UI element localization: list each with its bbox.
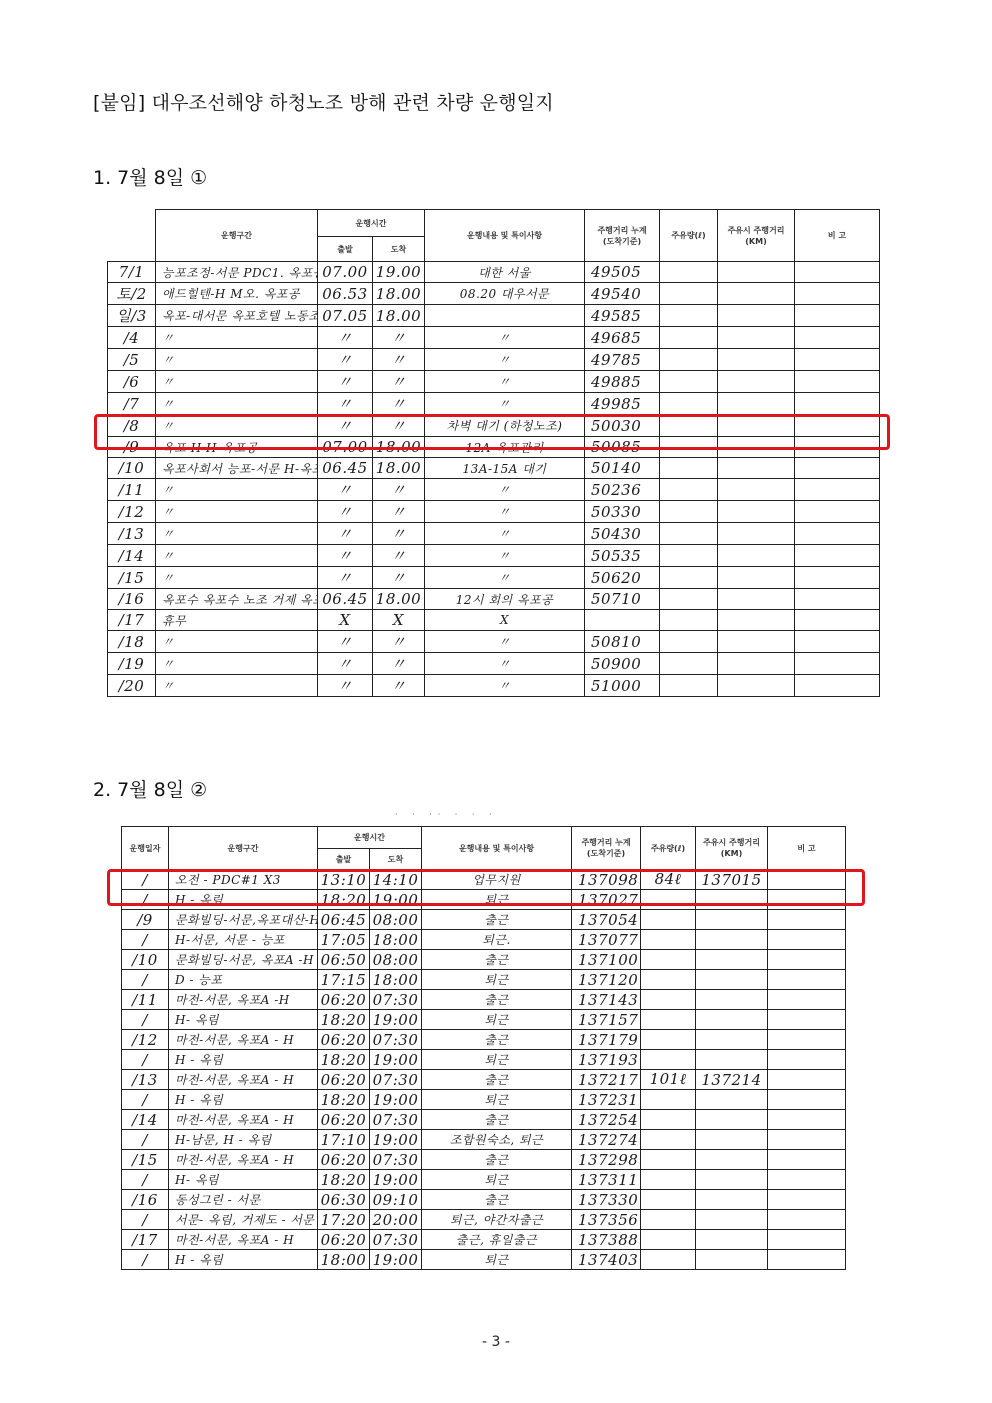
- details-cell: X: [425, 610, 585, 631]
- route-cell: 서문- 옥림, 거제도 - 서문: [169, 1210, 318, 1230]
- arrive-cell: 14:10: [370, 870, 422, 890]
- date-cell: /13: [108, 523, 156, 545]
- fuel-odometer-cell: [696, 1230, 768, 1250]
- table-row: /11 마전-서문, 옥포A -H 06:20 07:30 출근 137143: [122, 990, 846, 1010]
- odometer-cell: 50085: [585, 437, 660, 458]
- details-cell: 출근: [422, 1030, 572, 1050]
- table-row: /15 〃 〃 〃 〃 50620: [108, 567, 880, 589]
- details-cell: 〃: [425, 393, 585, 415]
- fuel-odometer-cell: [718, 631, 795, 653]
- date-cell: /: [122, 930, 169, 950]
- arrive-cell: 19:00: [370, 1170, 422, 1190]
- depart-cell: 18:20: [318, 1050, 370, 1070]
- date-cell: /6: [108, 371, 156, 393]
- date-cell: /: [122, 1010, 169, 1030]
- fuel-cell: [660, 631, 718, 653]
- table-row: /10 옥포사회서 능포-서문 H-옥포공 06.45 18.00 13A-15…: [108, 458, 880, 479]
- table-row: / H-서문, 서문 - 능포 17:05 18:00 퇴근. 137077: [122, 930, 846, 950]
- odometer-cell: 50140: [585, 458, 660, 479]
- depart-cell: 〃: [318, 631, 373, 653]
- fuel-cell: [660, 327, 718, 349]
- date-cell: /9: [122, 910, 169, 930]
- remarks-cell: [795, 349, 880, 371]
- fuel-odometer-cell: [696, 970, 768, 990]
- remarks-header: 비 고: [768, 827, 846, 870]
- fuel-odometer-cell: [718, 458, 795, 479]
- route-cell: 〃: [156, 327, 318, 349]
- fuel-cell: [660, 589, 718, 610]
- details-cell: 출근: [422, 1110, 572, 1130]
- arrive-cell: 〃: [373, 393, 425, 415]
- odometer-cell: 137217: [572, 1070, 641, 1090]
- fuel-odometer-cell: [718, 437, 795, 458]
- table-row-highlighted: /8 〃 〃 〃 차벽 대기 (하청노조) 50030: [108, 415, 880, 437]
- fuel-cell: [660, 458, 718, 479]
- date-cell: /15: [108, 567, 156, 589]
- fuel-cell: [641, 1150, 696, 1170]
- route-header: 운행구간: [169, 827, 318, 870]
- arrive-cell: 18:00: [370, 930, 422, 950]
- table-row: /16 동성그린 - 서문 06:30 09:10 출근 137330: [122, 1190, 846, 1210]
- date-cell: /4: [108, 327, 156, 349]
- route-cell: 〃: [156, 415, 318, 437]
- arrive-header: 도착: [370, 849, 422, 870]
- arrive-header: 도착: [373, 237, 425, 262]
- route-cell: 마전-서문, 옥포A - H: [169, 1030, 318, 1050]
- details-cell: 대한 서울: [425, 262, 585, 283]
- arrive-cell: 07:30: [370, 990, 422, 1010]
- odometer-cell: 137120: [572, 970, 641, 990]
- date-cell: /10: [122, 950, 169, 970]
- depart-cell: 〃: [318, 479, 373, 501]
- odometer-cell: 137254: [572, 1110, 641, 1130]
- date-cell: /5: [108, 349, 156, 371]
- table-row: /5 〃 〃 〃 〃 49785: [108, 349, 880, 371]
- arrive-cell: 〃: [373, 327, 425, 349]
- remarks-cell: [795, 371, 880, 393]
- table-row: /16 옥포수 옥포수 노조 거제 옥포공 06.45 18.00 12시 회의…: [108, 589, 880, 610]
- fuel-odometer-cell: [718, 653, 795, 675]
- details-cell: 출근: [422, 1190, 572, 1210]
- date-cell: /10: [108, 458, 156, 479]
- odometer-cell: 49585: [585, 305, 660, 327]
- details-header: 운행내용 및 특이사항: [425, 210, 585, 262]
- depart-cell: X: [318, 610, 373, 631]
- fuel-cell: [660, 523, 718, 545]
- table-row-highlighted: / 오전 - PDC#1 X3 13:10 14:10 업무지원 137098 …: [122, 870, 846, 890]
- arrive-cell: 〃: [373, 631, 425, 653]
- remarks-cell: [795, 305, 880, 327]
- odometer-cell: 137298: [572, 1150, 641, 1170]
- route-cell: 옥포-대서문 옥포호텔 노동조합: [156, 305, 318, 327]
- arrive-cell: 18.00: [373, 305, 425, 327]
- fuel-odometer-cell: [696, 1170, 768, 1190]
- table-row: / H - 옥림 18:20 19:00 퇴근 137193: [122, 1050, 846, 1070]
- depart-cell: 〃: [318, 371, 373, 393]
- date-cell: 7/1: [108, 262, 156, 283]
- odometer-cell: 49540: [585, 283, 660, 305]
- depart-cell: 06:20: [318, 990, 370, 1010]
- fuel-odometer-cell: [696, 1150, 768, 1170]
- table-row: /14 마전-서문, 옥포A - H 06:20 07:30 출근 137254: [122, 1110, 846, 1130]
- date-header: 운행일자: [122, 827, 169, 870]
- depart-cell: 06:50: [318, 950, 370, 970]
- depart-cell: 06.45: [318, 458, 373, 479]
- remarks-cell: [795, 589, 880, 610]
- odometer-cell: 137356: [572, 1210, 641, 1230]
- route-cell: 〃: [156, 523, 318, 545]
- fuel-cell: [660, 262, 718, 283]
- details-cell: 퇴근: [422, 1090, 572, 1110]
- table-row: /9 옥포-H H-옥포공 07.00 18.00 12A 옥포관리 50085: [108, 437, 880, 458]
- fuel-cell: [641, 1090, 696, 1110]
- fuel-header: 주유량(ℓ): [660, 210, 718, 262]
- odometer-cell: 137098: [572, 870, 641, 890]
- details-cell: 차벽 대기 (하청노조): [425, 415, 585, 437]
- remarks-cell: [768, 1170, 846, 1190]
- fuel-cell: [641, 1230, 696, 1250]
- details-cell: 퇴근: [422, 1250, 572, 1270]
- details-cell: 퇴근: [422, 1010, 572, 1030]
- fuel-odometer-cell: [696, 990, 768, 1010]
- fuel-cell: [660, 349, 718, 371]
- route-cell: 마전-서문, 옥포A - H: [169, 1110, 318, 1130]
- details-cell: 12A 옥포관리: [425, 437, 585, 458]
- arrive-cell: 19:00: [370, 1090, 422, 1110]
- date-header: [108, 210, 156, 262]
- table-2-body: / 오전 - PDC#1 X3 13:10 14:10 업무지원 137098 …: [122, 870, 846, 1270]
- depart-cell: 〃: [318, 415, 373, 437]
- route-cell: 마전-서문, 옥포A -H: [169, 990, 318, 1010]
- table-row: /13 마전-서문, 옥포A - H 06:20 07:30 출근 137217…: [122, 1070, 846, 1090]
- table-row: /12 마전-서문, 옥포A - H 06:20 07:30 출근 137179: [122, 1030, 846, 1050]
- date-cell: /11: [108, 479, 156, 501]
- depart-header: 출발: [318, 849, 370, 870]
- fuel-odometer-cell: [696, 890, 768, 910]
- arrive-cell: 07:30: [370, 1150, 422, 1170]
- remarks-cell: [795, 523, 880, 545]
- remarks-cell: [795, 415, 880, 437]
- remarks-cell: [795, 437, 880, 458]
- fuel-cell: [660, 653, 718, 675]
- fuel-odometer-cell: [696, 930, 768, 950]
- fuel-odometer-cell: [718, 415, 795, 437]
- depart-cell: 17:15: [318, 970, 370, 990]
- fuel-cell: [660, 393, 718, 415]
- vehicle-log-table-1: 운행구간 운행시간 운행내용 및 특이사항 주행거리 누계 (도착기준) 주유량…: [107, 209, 880, 697]
- odometer-header: 주행거리 누계 (도착기준): [585, 210, 660, 262]
- fuel-cell: [641, 910, 696, 930]
- depart-cell: 17:05: [318, 930, 370, 950]
- depart-cell: 18:00: [318, 1250, 370, 1270]
- remarks-cell: [768, 1250, 846, 1270]
- arrive-cell: 〃: [373, 371, 425, 393]
- depart-cell: 〃: [318, 653, 373, 675]
- remarks-cell: [768, 1150, 846, 1170]
- date-cell: /13: [122, 1070, 169, 1090]
- date-cell: /12: [122, 1030, 169, 1050]
- remarks-cell: [768, 1050, 846, 1070]
- arrive-cell: 19:00: [370, 1010, 422, 1030]
- remarks-cell: [795, 327, 880, 349]
- table-row: / H - 옥림 18:00 19:00 퇴근 137403: [122, 1250, 846, 1270]
- remarks-cell: [768, 930, 846, 950]
- table-row: 일/3 옥포-대서문 옥포호텔 노동조합 07.05 18.00 49585: [108, 305, 880, 327]
- odometer-cell: 137403: [572, 1250, 641, 1270]
- details-cell: 〃: [425, 349, 585, 371]
- vehicle-log-table-2: 운행일자 운행구간 운행시간 운행내용 및 특이사항 주행거리 누계 (도착기준…: [121, 826, 846, 1270]
- fuel-odometer-cell: [696, 950, 768, 970]
- remarks-cell: [795, 653, 880, 675]
- odometer-cell: 49985: [585, 393, 660, 415]
- arrive-cell: 20:00: [370, 1210, 422, 1230]
- details-cell: 출근: [422, 950, 572, 970]
- remarks-cell: [795, 458, 880, 479]
- depart-cell: 17:20: [318, 1210, 370, 1230]
- odometer-cell: 50535: [585, 545, 660, 567]
- page-number: - 3 -: [0, 1334, 992, 1350]
- fuel-cell: [641, 1130, 696, 1150]
- route-cell: 〃: [156, 545, 318, 567]
- fuel-cell: 101ℓ: [641, 1070, 696, 1090]
- details-cell: 〃: [425, 567, 585, 589]
- depart-header: 출발: [318, 237, 373, 262]
- table-row: /17 휴무 X X X: [108, 610, 880, 631]
- fuel-cell: [641, 1050, 696, 1070]
- fuel-odometer-cell: [718, 349, 795, 371]
- fuel-cell: [641, 1010, 696, 1030]
- fuel-odometer-cell: [718, 327, 795, 349]
- table-row: /10 문화빌딩-서문, 옥포A -H 06:50 08:00 출근 13710…: [122, 950, 846, 970]
- fuel-cell: [660, 610, 718, 631]
- fuel-cell: [660, 545, 718, 567]
- arrive-cell: 〃: [373, 349, 425, 371]
- arrive-cell: 〃: [373, 501, 425, 523]
- odometer-cell: 137077: [572, 930, 641, 950]
- fuel-cell: [641, 950, 696, 970]
- depart-cell: 06:20: [318, 1030, 370, 1050]
- odometer-cell: 137157: [572, 1010, 641, 1030]
- depart-cell: 06:20: [318, 1110, 370, 1130]
- date-cell: /14: [122, 1110, 169, 1130]
- arrive-cell: 19:00: [370, 1130, 422, 1150]
- fuel-odometer-cell: 137015: [696, 870, 768, 890]
- fuel-cell: [660, 501, 718, 523]
- remarks-cell: [795, 610, 880, 631]
- depart-cell: 〃: [318, 501, 373, 523]
- fuel-cell: 84ℓ: [641, 870, 696, 890]
- remarks-cell: [795, 501, 880, 523]
- route-cell: 〃: [156, 501, 318, 523]
- odometer-cell: 50030: [585, 415, 660, 437]
- details-cell: 업무지원: [422, 870, 572, 890]
- depart-cell: 18:20: [318, 1010, 370, 1030]
- route-cell: 〃: [156, 349, 318, 371]
- date-cell: /: [122, 870, 169, 890]
- table-1-body: 7/1 능포조정-서문 PDC1. 옥포공 07.00 19.00 대한 서울 …: [108, 262, 880, 697]
- table-row: /14 〃 〃 〃 〃 50535: [108, 545, 880, 567]
- remarks-cell: [768, 1030, 846, 1050]
- odometer-cell: 50236: [585, 479, 660, 501]
- details-cell: 출근: [422, 910, 572, 930]
- fuel-odometer-cell: [718, 393, 795, 415]
- route-cell: 옥포수 옥포수 노조 거제 옥포공: [156, 589, 318, 610]
- fuel-odometer-cell: [718, 523, 795, 545]
- fuel-cell: [660, 675, 718, 697]
- remarks-cell: [768, 1010, 846, 1030]
- details-cell: 퇴근: [422, 890, 572, 910]
- date-cell: /: [122, 1210, 169, 1230]
- table-row: /19 〃 〃 〃 〃 50900: [108, 653, 880, 675]
- arrive-cell: 〃: [373, 653, 425, 675]
- arrive-cell: 〃: [373, 567, 425, 589]
- remarks-cell: [768, 910, 846, 930]
- details-cell: 〃: [425, 501, 585, 523]
- arrive-cell: 07:30: [370, 1070, 422, 1090]
- table-row: /18 〃 〃 〃 〃 50810: [108, 631, 880, 653]
- details-cell: 〃: [425, 545, 585, 567]
- fuel-odometer-header: 주유시 주행거리 (KM): [718, 210, 795, 262]
- depart-cell: 06:20: [318, 1230, 370, 1250]
- table-row: / H- 옥림 18:20 19:00 퇴근 137311: [122, 1170, 846, 1190]
- depart-cell: 〃: [318, 567, 373, 589]
- remarks-cell: [795, 675, 880, 697]
- arrive-cell: 〃: [373, 523, 425, 545]
- date-cell: /20: [108, 675, 156, 697]
- depart-cell: 〃: [318, 349, 373, 371]
- arrive-cell: 〃: [373, 479, 425, 501]
- date-cell: /: [122, 1130, 169, 1150]
- table-row: / H - 옥림 18:20 19:00 퇴근 137027: [122, 890, 846, 910]
- fuel-odometer-cell: [696, 1250, 768, 1270]
- route-cell: 문화빌딩-서문,옥포대산-H: [169, 910, 318, 930]
- table-row: /17 마전-서문, 옥포A - H 06:20 07:30 출근, 휴일출근 …: [122, 1230, 846, 1250]
- remarks-header: 비 고: [795, 210, 880, 262]
- date-cell: /15: [122, 1150, 169, 1170]
- depart-cell: 〃: [318, 675, 373, 697]
- table-row: /12 〃 〃 〃 〃 50330: [108, 501, 880, 523]
- depart-cell: 13:10: [318, 870, 370, 890]
- depart-cell: 06:30: [318, 1190, 370, 1210]
- date-cell: /: [122, 890, 169, 910]
- arrive-cell: 08:00: [370, 950, 422, 970]
- fuel-odometer-cell: [696, 1090, 768, 1110]
- remarks-cell: [768, 1070, 846, 1090]
- details-cell: 〃: [425, 523, 585, 545]
- details-cell: 출근: [422, 1150, 572, 1170]
- table-row: / H - 옥림 18:20 19:00 퇴근 137231: [122, 1090, 846, 1110]
- arrive-cell: 18.00: [373, 458, 425, 479]
- route-cell: 동성그린 - 서문: [169, 1190, 318, 1210]
- depart-cell: 〃: [318, 393, 373, 415]
- odometer-cell: 137388: [572, 1230, 641, 1250]
- odometer-cell: [585, 610, 660, 631]
- odometer-cell: 137100: [572, 950, 641, 970]
- table-row: /13 〃 〃 〃 〃 50430: [108, 523, 880, 545]
- fuel-cell: [641, 1110, 696, 1130]
- date-cell: 일/3: [108, 305, 156, 327]
- odometer-cell: 51000: [585, 675, 660, 697]
- date-cell: /19: [108, 653, 156, 675]
- odometer-cell: 50620: [585, 567, 660, 589]
- remarks-cell: [768, 990, 846, 1010]
- remarks-cell: [768, 1230, 846, 1250]
- table-row: / 서문- 옥림, 거제도 - 서문 17:20 20:00 퇴근, 야간자출근…: [122, 1210, 846, 1230]
- remarks-cell: [768, 1190, 846, 1210]
- arrive-cell: 07:30: [370, 1110, 422, 1130]
- fuel-odometer-cell: [696, 1110, 768, 1130]
- remarks-cell: [795, 631, 880, 653]
- date-cell: /: [122, 1250, 169, 1270]
- details-cell: 12시 회의 옥포공: [425, 589, 585, 610]
- date-cell: /: [122, 1170, 169, 1190]
- fuel-odometer-cell: [718, 675, 795, 697]
- fuel-odometer-cell: [718, 589, 795, 610]
- route-cell: H - 옥림: [169, 890, 318, 910]
- date-cell: /17: [122, 1230, 169, 1250]
- table-row: 토/2 애드힐텐-H M오. 옥포공 06.53 18.00 08.20 대우서…: [108, 283, 880, 305]
- odometer-cell: 50900: [585, 653, 660, 675]
- odometer-cell: 50430: [585, 523, 660, 545]
- date-cell: /: [122, 1090, 169, 1110]
- arrive-cell: 〃: [373, 675, 425, 697]
- fuel-cell: [660, 437, 718, 458]
- arrive-cell: 18.00: [373, 283, 425, 305]
- fuel-cell: [660, 305, 718, 327]
- depart-cell: 18:20: [318, 1090, 370, 1110]
- date-cell: /16: [108, 589, 156, 610]
- fuel-cell: [641, 970, 696, 990]
- route-cell: 〃: [156, 567, 318, 589]
- remarks-cell: [768, 870, 846, 890]
- route-cell: H - 옥림: [169, 1250, 318, 1270]
- route-cell: 옥포사회서 능포-서문 H-옥포공: [156, 458, 318, 479]
- table-row: 7/1 능포조정-서문 PDC1. 옥포공 07.00 19.00 대한 서울 …: [108, 262, 880, 283]
- depart-cell: 06.53: [318, 283, 373, 305]
- arrive-cell: 07:30: [370, 1030, 422, 1050]
- fuel-cell: [641, 930, 696, 950]
- fuel-cell: [641, 1190, 696, 1210]
- route-cell: H-남문, H - 옥림: [169, 1130, 318, 1150]
- odometer-cell: 49685: [585, 327, 660, 349]
- arrive-cell: 19:00: [370, 1050, 422, 1070]
- odometer-cell: 49505: [585, 262, 660, 283]
- odometer-cell: 137330: [572, 1190, 641, 1210]
- fuel-odometer-cell: [696, 1030, 768, 1050]
- route-cell: 능포조정-서문 PDC1. 옥포공: [156, 262, 318, 283]
- route-cell: 문화빌딩-서문, 옥포A -H: [169, 950, 318, 970]
- table-row: /7 〃 〃 〃 〃 49985: [108, 393, 880, 415]
- fuel-cell: [641, 1030, 696, 1050]
- remarks-cell: [795, 393, 880, 415]
- details-cell: 13A-15A 대기: [425, 458, 585, 479]
- table-row: / D - 능포 17:15 18:00 퇴근 137120: [122, 970, 846, 990]
- route-header: 운행구간: [156, 210, 318, 262]
- fuel-cell: [641, 990, 696, 1010]
- route-cell: 〃: [156, 393, 318, 415]
- depart-cell: 06:20: [318, 1150, 370, 1170]
- depart-cell: 18:20: [318, 890, 370, 910]
- odometer-cell: 49885: [585, 371, 660, 393]
- route-cell: 애드힐텐-H M오. 옥포공: [156, 283, 318, 305]
- fuel-odometer-cell: [696, 1050, 768, 1070]
- fuel-odometer-cell: [696, 910, 768, 930]
- arrive-cell: X: [373, 610, 425, 631]
- details-cell: 〃: [425, 653, 585, 675]
- date-cell: /18: [108, 631, 156, 653]
- route-cell: 휴무: [156, 610, 318, 631]
- depart-cell: 06.45: [318, 589, 373, 610]
